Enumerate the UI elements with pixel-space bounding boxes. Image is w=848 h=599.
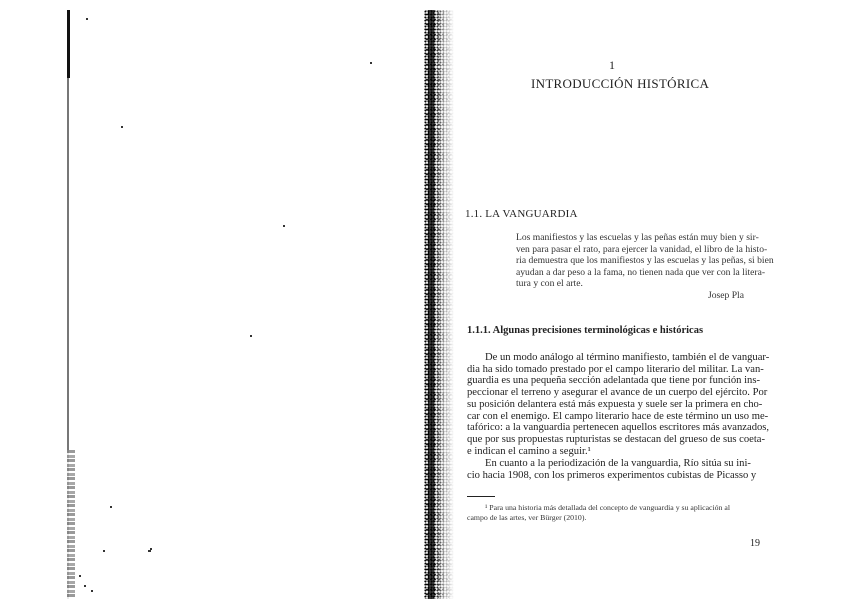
epigraph-line: ven para pasar el rato, para ejercer la … — [516, 244, 759, 256]
scan-speck — [79, 575, 81, 577]
body-line: peccionar el terreno y asegurar el avanc… — [467, 387, 761, 399]
body-line: guardia es una pequeña sección adelantad… — [467, 375, 761, 387]
footnote-separator — [467, 496, 495, 497]
scan-speck — [250, 335, 252, 337]
left-page-binding-shadow — [67, 10, 70, 78]
body-line: e indican el camino a seguir.¹ — [467, 446, 761, 458]
scan-speck — [84, 585, 86, 587]
chapter-title: INTRODUCCIÓN HISTÓRICA — [531, 76, 709, 92]
scan-speck — [91, 590, 93, 592]
epigraph-line: tura y con el arte. — [516, 278, 759, 290]
body-line: dia ha sido tomado prestado por el campo… — [467, 364, 761, 376]
scan-speck — [370, 62, 372, 64]
body-line: tafórico: a la vanguardia pertenecen aqu… — [467, 422, 761, 434]
body-paragraph-2: En cuanto a la periodización de la vangu… — [467, 458, 761, 482]
body-line: su posición delantera está más expuesta … — [467, 399, 761, 411]
epigraph: Los manifiestos y las escuelas y las peñ… — [516, 232, 759, 290]
footnote-line: ¹ Para una historia más detallada del co… — [467, 503, 767, 513]
page-number: 19 — [750, 538, 760, 549]
scan-speck — [150, 548, 152, 550]
section-heading: 1.1. LA VANGUARDIA — [465, 208, 578, 220]
scan-speck — [103, 550, 105, 552]
body-line: cio hacia 1908, con los primeros experim… — [467, 470, 761, 482]
body-paragraph-1: De un modo análogo al término manifiesto… — [467, 352, 761, 457]
body-line: En cuanto a la periodización de la vangu… — [467, 458, 761, 470]
body-line: car con el enemigo. El campo literario h… — [467, 411, 761, 423]
chapter-number: 1 — [609, 58, 615, 73]
body-line: que por sus propuestas rupturistas se de… — [467, 434, 761, 446]
epigraph-line: ria demuestra que los manifiestos y las … — [516, 255, 759, 267]
scan-speck — [283, 225, 285, 227]
footnote-line: campo de las artes, ver Bürger (2010). — [467, 513, 767, 523]
left-page — [0, 0, 425, 599]
left-page-edge-noise — [67, 450, 75, 599]
scan-speck — [148, 550, 151, 552]
epigraph-line: Los manifiestos y las escuelas y las peñ… — [516, 232, 759, 244]
epigraph-line: ayudan a dar peso a la fama, no tienen n… — [516, 267, 759, 279]
book-spine-core — [428, 10, 434, 599]
body-line: De un modo análogo al término manifiesto… — [467, 352, 761, 364]
epigraph-author: Josep Pla — [708, 290, 744, 301]
scan-speck — [86, 18, 88, 20]
scan-speck — [121, 126, 123, 128]
subsection-heading: 1.1.1. Algunas precisiones terminológica… — [467, 325, 703, 336]
book-spread: 1 INTRODUCCIÓN HISTÓRICA 1.1. LA VANGUAR… — [0, 0, 848, 599]
footnote: ¹ Para una historia más detallada del co… — [467, 503, 767, 523]
scan-speck — [110, 506, 112, 508]
